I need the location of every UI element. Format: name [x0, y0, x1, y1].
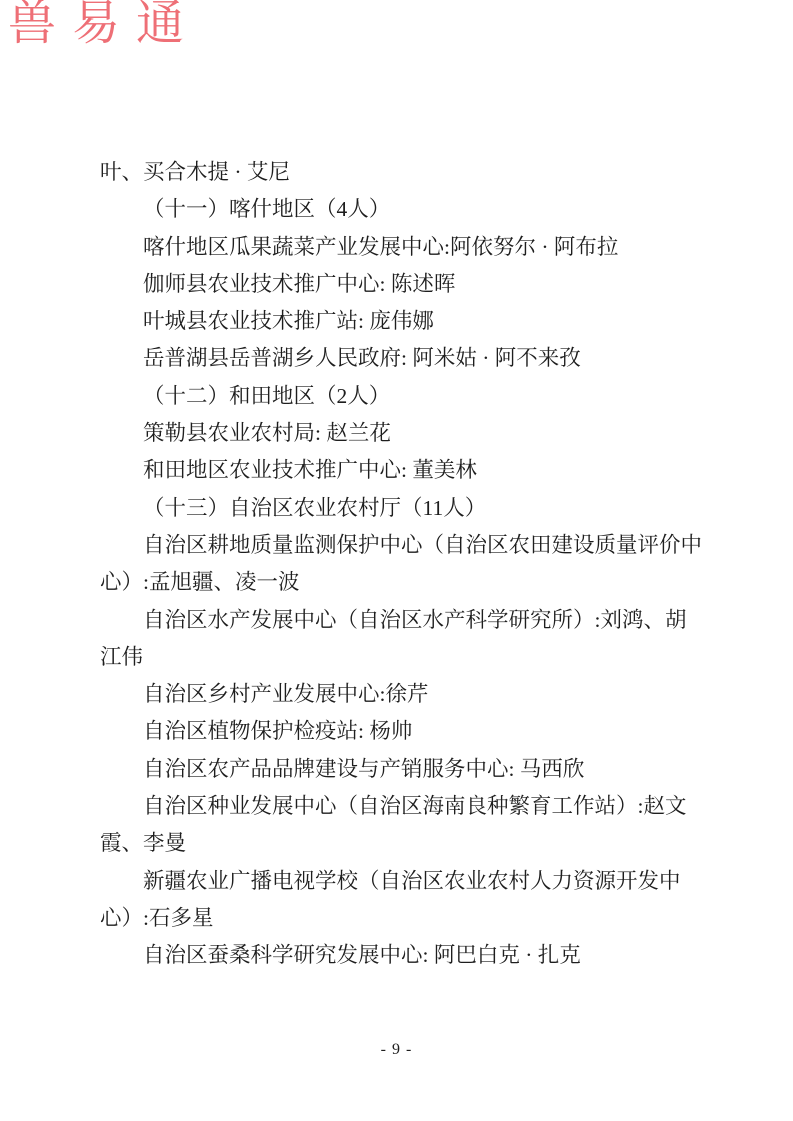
- document-line: 喀什地区瓜果蔬菜产业发展中心:阿依努尔 · 阿布拉: [100, 229, 706, 266]
- document-line: 自治区农产品品牌建设与产销服务中心: 马西欣: [100, 751, 706, 788]
- document-line: 江伟: [100, 639, 706, 676]
- document-line: 策勒县农业农村局: 赵兰花: [100, 415, 706, 452]
- document-line: 叶城县农业技术推广站: 庞伟娜: [100, 303, 706, 340]
- document-line: 自治区种业发展中心（自治区海南良种繁育工作站）:赵文: [100, 788, 706, 825]
- document-line: 岳普湖县岳普湖乡人民政府: 阿米姑 · 阿不来孜: [100, 340, 706, 377]
- document-line: 心）:石多星: [100, 900, 706, 937]
- document-line: 自治区水产发展中心（自治区水产科学研究所）:刘鸿、胡: [100, 602, 706, 639]
- page-number: - 9 -: [0, 1041, 793, 1059]
- document-line: 和田地区农业技术推广中心: 董美林: [100, 452, 706, 489]
- document-line: 自治区耕地质量监测保护中心（自治区农田建设质量评价中: [100, 527, 706, 564]
- document-line: 自治区乡村产业发展中心:徐芹: [100, 676, 706, 713]
- document-line: （十一）喀什地区（4人）: [100, 191, 706, 228]
- document-line: 自治区蚕桑科学研究发展中心: 阿巴白克 · 扎克: [100, 937, 706, 974]
- document-page: 兽易通 叶、买合木提 · 艾尼（十一）喀什地区（4人）喀什地区瓜果蔬菜产业发展中…: [0, 0, 793, 1121]
- document-line: （十三）自治区农业农村厅（11人）: [100, 490, 706, 527]
- document-line: 自治区植物保护检疫站: 杨帅: [100, 713, 706, 750]
- document-line: 叶、买合木提 · 艾尼: [100, 154, 706, 191]
- document-line: 新疆农业广播电视学校（自治区农业农村人力资源开发中: [100, 863, 706, 900]
- document-body: 叶、买合木提 · 艾尼（十一）喀什地区（4人）喀什地区瓜果蔬菜产业发展中心:阿依…: [100, 154, 706, 975]
- document-line: 伽师县农业技术推广中心: 陈述晖: [100, 266, 706, 303]
- document-line: （十二）和田地区（2人）: [100, 378, 706, 415]
- document-line: 霞、李曼: [100, 825, 706, 862]
- document-line: 心）:孟旭疆、凌一波: [100, 564, 706, 601]
- watermark-logo: 兽易通: [8, 0, 200, 51]
